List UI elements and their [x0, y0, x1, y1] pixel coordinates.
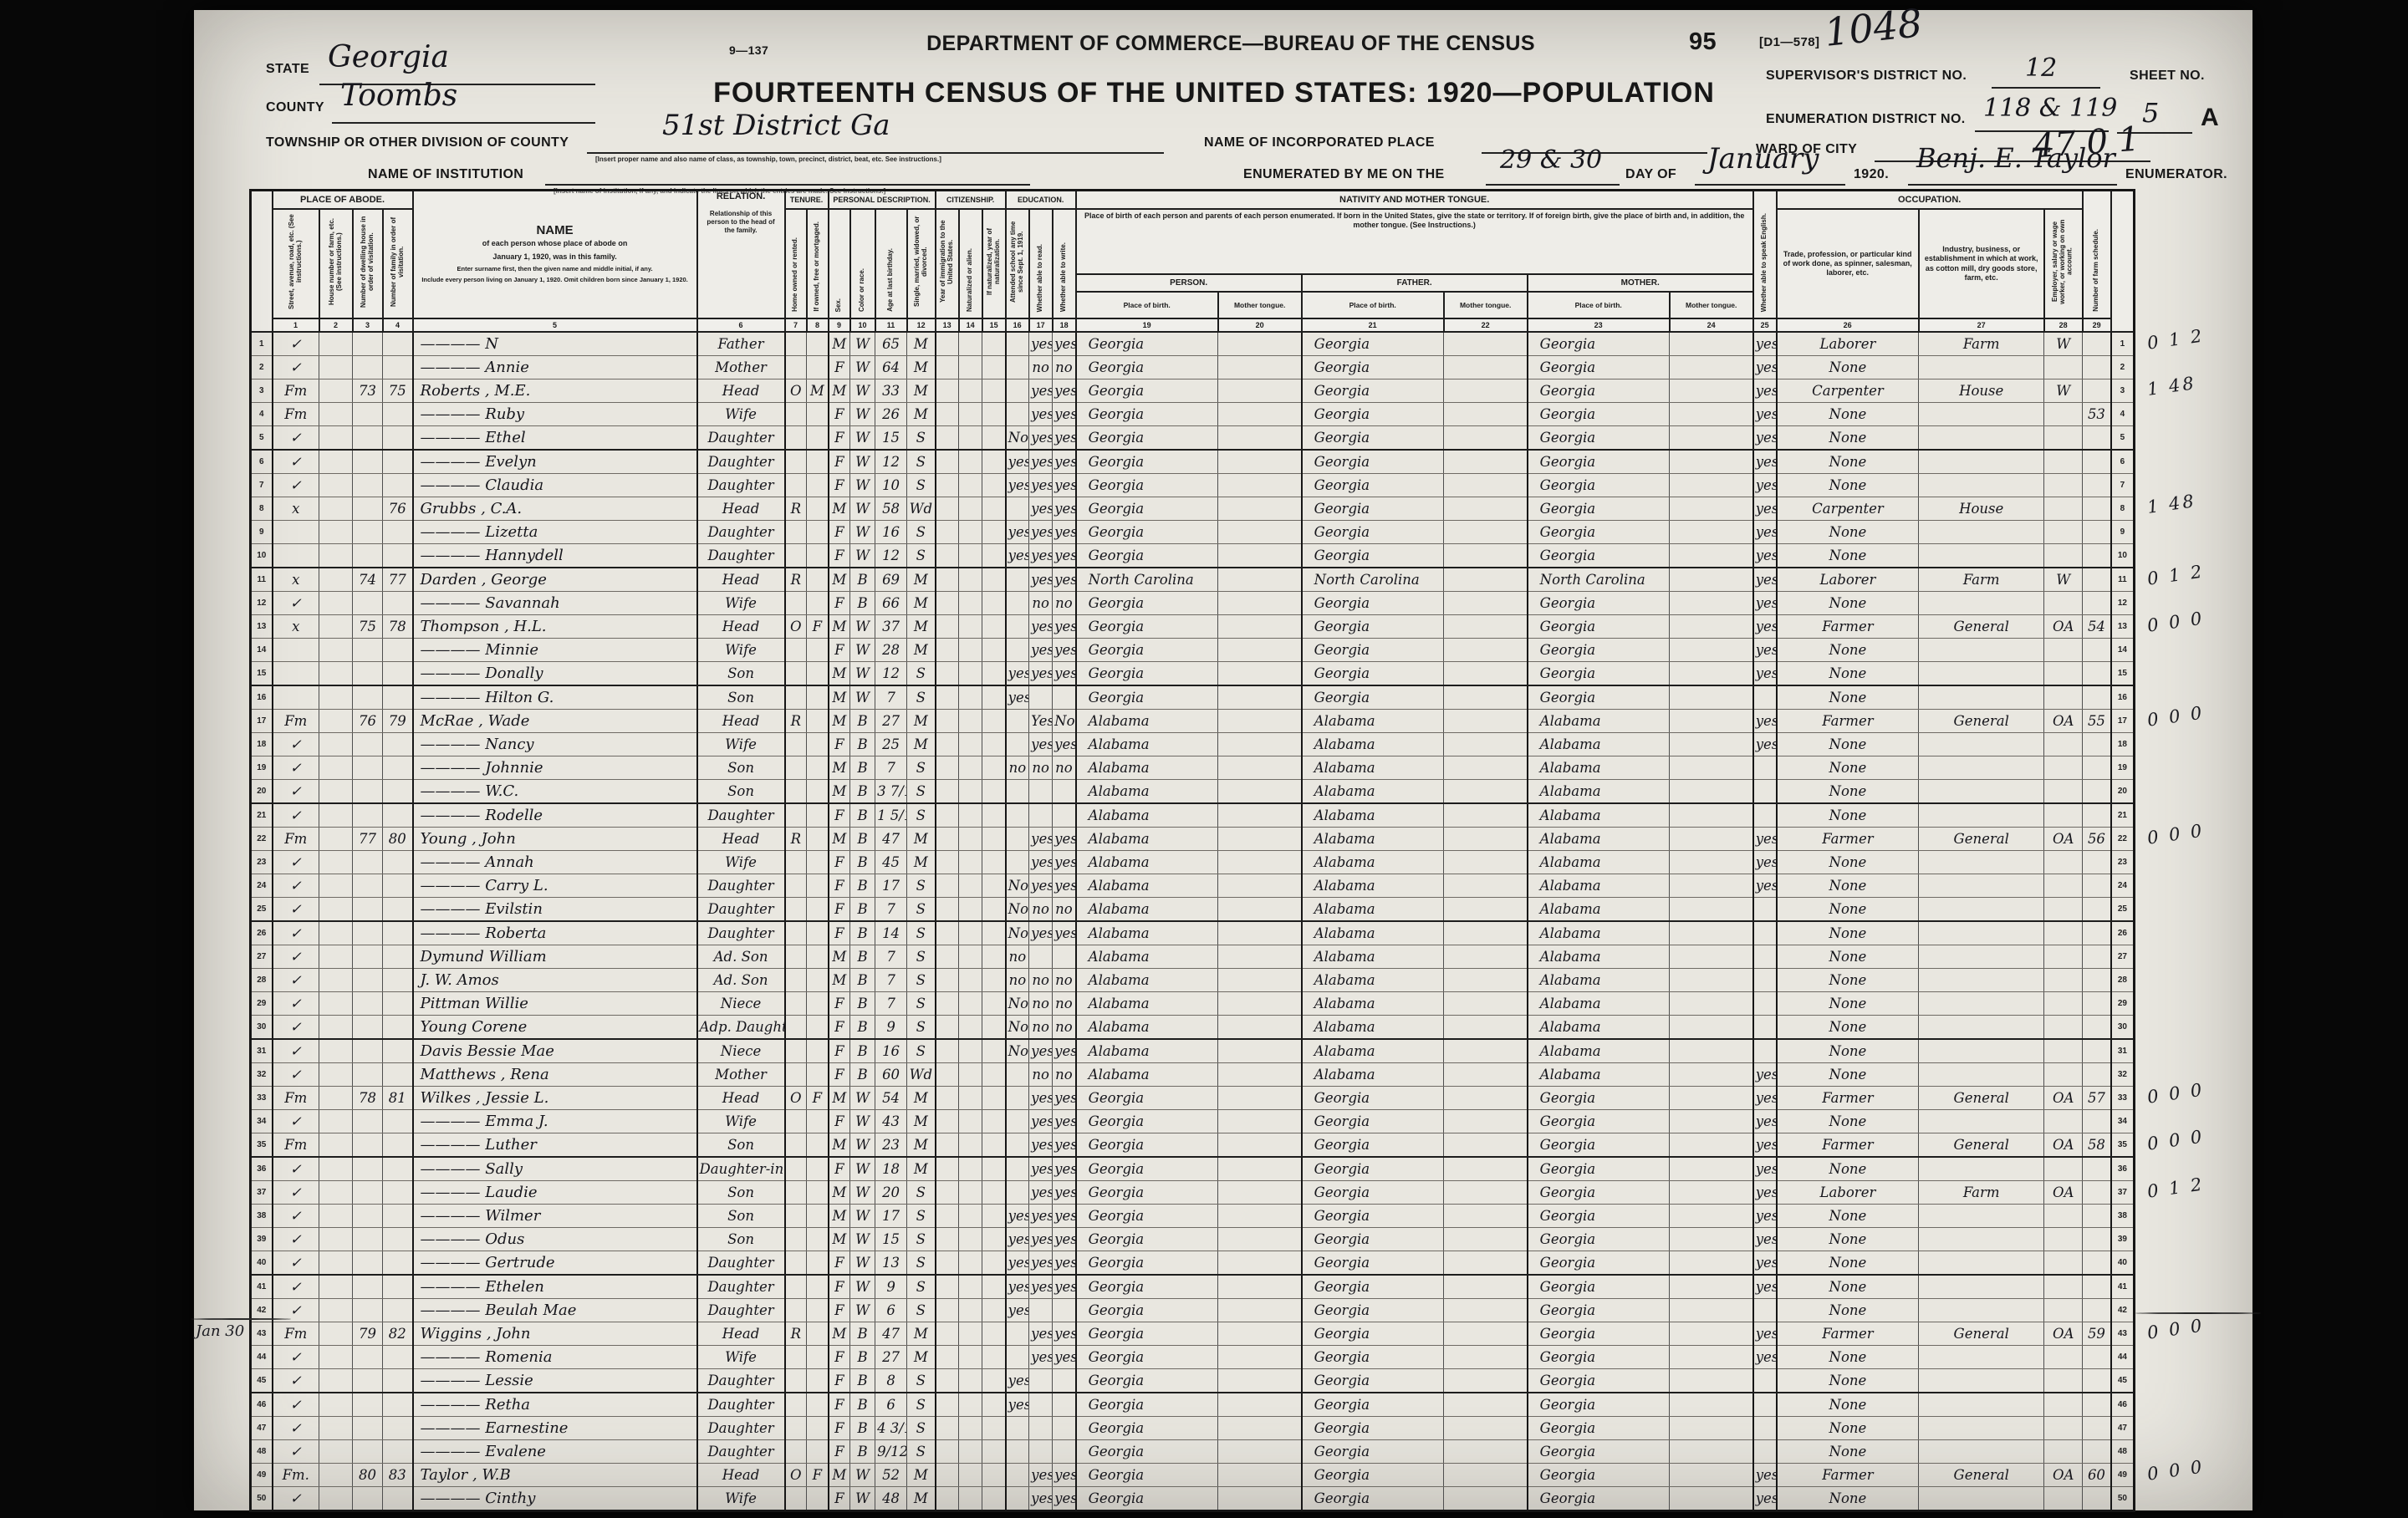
cell-mt	[1218, 379, 1302, 403]
cell-d: 76	[353, 710, 383, 733]
cell-t: O	[785, 1087, 807, 1110]
cell-mt	[1218, 1016, 1302, 1040]
cell-fm	[2083, 685, 2111, 710]
cell-h	[319, 1346, 353, 1369]
cell-fm	[2083, 521, 2111, 544]
cell-st: Fm	[273, 1133, 319, 1158]
cell-h	[319, 426, 353, 451]
cell-ny	[982, 521, 1006, 544]
cell-pb: Alabama	[1076, 945, 1218, 969]
cell-oc: None	[1777, 1275, 1919, 1299]
cell-mm	[1670, 945, 1753, 969]
line-number: 29	[251, 992, 273, 1016]
cell-sc: yes	[1006, 450, 1029, 474]
cell-ny	[982, 1181, 1006, 1205]
cell-ms: M	[907, 1110, 936, 1133]
cell-st: ✓	[273, 356, 319, 379]
cell-ind	[1919, 803, 2044, 828]
cell-na	[959, 1251, 982, 1276]
cell-rel: Son	[697, 1133, 785, 1158]
cell-sx: F	[829, 898, 850, 922]
cell-en	[1753, 803, 1777, 828]
cell-na	[959, 710, 982, 733]
cell-st: ✓	[273, 803, 319, 828]
cell-oc: Carpenter	[1777, 379, 1919, 403]
cell-d	[353, 639, 383, 662]
cell-a: 52	[875, 1464, 907, 1487]
cell-im	[936, 945, 959, 969]
line-number: 43	[2111, 1322, 2135, 1346]
cell-sc: no	[1006, 969, 1029, 992]
cell-sc: yes	[1006, 544, 1029, 568]
cell-sx: M	[829, 662, 850, 686]
cell-ny	[982, 803, 1006, 828]
cell-h	[319, 1322, 353, 1346]
cell-nm: ———— N	[413, 332, 697, 356]
cell-emp	[2044, 639, 2083, 662]
cell-m	[807, 450, 829, 474]
cell-ny	[982, 1133, 1006, 1158]
cell-mm	[1670, 403, 1753, 426]
cell-pm: Alabama	[1528, 1016, 1670, 1040]
cell-nm: ———— Roberta	[413, 921, 697, 945]
cell-st: ✓	[273, 733, 319, 756]
line-number: 31	[2111, 1039, 2135, 1063]
table-row: 15———— DonallySonMW12SyesyesyesGeorgiaGe…	[251, 662, 2135, 686]
line-number: 1	[251, 332, 273, 356]
cell-pf: Georgia	[1302, 1346, 1444, 1369]
cell-c: W	[850, 379, 875, 403]
cell-im	[936, 568, 959, 592]
line-number: 27	[2111, 945, 2135, 969]
township-instruction: [Insert proper name and also name of cla…	[595, 155, 941, 163]
cell-sx: M	[829, 1322, 850, 1346]
county-value[interactable]: Toombs	[340, 79, 457, 113]
cell-ny	[982, 1417, 1006, 1440]
line-number: 14	[2111, 639, 2135, 662]
cell-ms: M	[907, 1487, 936, 1511]
cell-ms: S	[907, 1181, 936, 1205]
cell-h	[319, 662, 353, 686]
cell-na	[959, 639, 982, 662]
cell-t	[785, 1039, 807, 1063]
cell-fm	[2083, 662, 2111, 686]
line-number: 29	[2111, 992, 2135, 1016]
line-number: 33	[2111, 1087, 2135, 1110]
cell-na	[959, 803, 982, 828]
cell-fm: 54	[2083, 615, 2111, 639]
signature-rule	[1908, 184, 2117, 186]
cell-c: B	[850, 1322, 875, 1346]
cell-h	[319, 1487, 353, 1511]
line-number: 18	[2111, 733, 2135, 756]
cell-mm	[1670, 1228, 1753, 1251]
line-number: 45	[251, 1369, 273, 1393]
line-number: 44	[251, 1346, 273, 1369]
cell-mm	[1670, 710, 1753, 733]
line-number: 21	[2111, 803, 2135, 828]
cell-fm	[2083, 1063, 2111, 1087]
cell-wr: no	[1053, 592, 1076, 615]
person-place-of-birth-label: Place of birth.	[1076, 292, 1218, 318]
cell-pf: Georgia	[1302, 332, 1444, 356]
cell-im	[936, 1157, 959, 1181]
cell-wr: yes	[1053, 450, 1076, 474]
cell-d	[353, 450, 383, 474]
cell-nm: Wiggins , John	[413, 1322, 697, 1346]
cell-t	[785, 1133, 807, 1158]
cell-d	[353, 733, 383, 756]
cell-wr: yes	[1053, 474, 1076, 497]
cell-d	[353, 1417, 383, 1440]
cell-en: yes	[1753, 851, 1777, 874]
cell-st: ✓	[273, 1487, 319, 1511]
cell-en: yes	[1753, 1157, 1777, 1181]
cell-wr: yes	[1053, 1464, 1076, 1487]
cell-pm: Georgia	[1528, 1133, 1670, 1158]
cell-m	[807, 851, 829, 874]
cell-ind	[1919, 1205, 2044, 1228]
cell-sc	[1006, 1440, 1029, 1464]
cell-rel: Mother	[697, 1063, 785, 1087]
column-number: 10	[850, 318, 875, 332]
cell-pm: Alabama	[1528, 756, 1670, 780]
cell-en: yes	[1753, 1464, 1777, 1487]
cell-pm: Georgia	[1528, 1393, 1670, 1417]
cell-m	[807, 1133, 829, 1158]
cell-mm	[1670, 1322, 1753, 1346]
line-number: 33	[251, 1087, 273, 1110]
cell-mt	[1218, 1251, 1302, 1276]
cell-c: W	[850, 403, 875, 426]
cell-pb: Georgia	[1076, 1299, 1218, 1322]
cell-ind	[1919, 544, 2044, 568]
cell-nm: ———— Lessie	[413, 1369, 697, 1393]
column-number: 15	[982, 318, 1006, 332]
cell-pf: Alabama	[1302, 780, 1444, 804]
cell-oc: None	[1777, 1417, 1919, 1440]
cell-pb: Georgia	[1076, 1205, 1218, 1228]
census-sheet: 9—137 DEPARTMENT OF COMMERCE—BUREAU OF T…	[194, 10, 2252, 1510]
line-number: 4	[251, 403, 273, 426]
table-row: 45✓———— LessieDaughterFB8SyesGeorgiaGeor…	[251, 1369, 2135, 1393]
cell-a: 6	[875, 1299, 907, 1322]
cell-ny	[982, 1228, 1006, 1251]
cell-mm	[1670, 1133, 1753, 1158]
cell-wr: yes	[1053, 497, 1076, 521]
cell-emp	[2044, 544, 2083, 568]
table-row: 31✓Davis Bessie MaeNieceFB16SNoyesyesAla…	[251, 1039, 2135, 1063]
line-number: 38	[2111, 1205, 2135, 1228]
cell-c: W	[850, 1110, 875, 1133]
cell-en: yes	[1753, 639, 1777, 662]
cell-wr: yes	[1053, 1251, 1076, 1276]
cell-emp	[2044, 426, 2083, 451]
cell-im	[936, 1369, 959, 1393]
cell-mf	[1444, 1205, 1528, 1228]
column-number: 20	[1218, 318, 1302, 332]
cell-m	[807, 780, 829, 804]
cell-sx: M	[829, 1228, 850, 1251]
cell-a: 27	[875, 710, 907, 733]
cell-na	[959, 592, 982, 615]
cell-rel: Niece	[697, 992, 785, 1016]
col-attended-school: Attended school any time since Sept. 1, …	[1006, 209, 1029, 318]
cell-a: 25	[875, 733, 907, 756]
cell-m	[807, 332, 829, 356]
cell-sx: F	[829, 450, 850, 474]
cell-pm: Georgia	[1528, 1181, 1670, 1205]
cell-pm: Georgia	[1528, 1487, 1670, 1511]
cell-pb: Georgia	[1076, 497, 1218, 521]
cell-pb: Alabama	[1076, 992, 1218, 1016]
col-employer-worker: Employer, salary or wage worker, or work…	[2044, 209, 2083, 318]
cell-wr: yes	[1053, 1275, 1076, 1299]
cell-f: 82	[383, 1322, 413, 1346]
cell-ny	[982, 992, 1006, 1016]
cell-c: W	[850, 1205, 875, 1228]
cell-d	[353, 851, 383, 874]
cell-na	[959, 1417, 982, 1440]
cell-pf: Georgia	[1302, 1417, 1444, 1440]
cell-im	[936, 1205, 959, 1228]
cell-mf	[1444, 639, 1528, 662]
relation-desc: Relationship of this person to the head …	[700, 208, 783, 237]
cell-fm	[2083, 1039, 2111, 1063]
cell-t	[785, 1016, 807, 1040]
cell-pb: Georgia	[1076, 1487, 1218, 1511]
line-number: 19	[2111, 756, 2135, 780]
cell-m	[807, 474, 829, 497]
cell-rel: Daughter	[697, 1275, 785, 1299]
cell-pm: Georgia	[1528, 403, 1670, 426]
cell-ind	[1919, 1369, 2044, 1393]
cell-d	[353, 780, 383, 804]
cell-emp: OA	[2044, 1087, 2083, 1110]
cell-st	[273, 685, 319, 710]
cell-t	[785, 756, 807, 780]
cell-mf	[1444, 1346, 1528, 1369]
col-immigration-year: Year of immigration to the United States…	[936, 209, 959, 318]
cell-mt	[1218, 992, 1302, 1016]
cell-h	[319, 898, 353, 922]
cell-h	[319, 756, 353, 780]
cell-mm	[1670, 356, 1753, 379]
margin-note: 0 0 0	[2146, 820, 2206, 848]
cell-pf: Georgia	[1302, 1299, 1444, 1322]
cell-fm	[2083, 1181, 2111, 1205]
table-row: 4Fm———— RubyWifeFW26MyesyesGeorgiaGeorgi…	[251, 403, 2135, 426]
cell-rd: no	[1029, 898, 1053, 922]
cell-ny	[982, 1322, 1006, 1346]
cell-h	[319, 1039, 353, 1063]
column-number: 26	[1777, 318, 1919, 332]
cell-t	[785, 945, 807, 969]
cell-sc: No	[1006, 992, 1029, 1016]
cell-wr: yes	[1053, 921, 1076, 945]
cell-mf	[1444, 969, 1528, 992]
sheet-number-value[interactable]: 5	[2142, 97, 2159, 129]
cell-a: 7	[875, 992, 907, 1016]
cell-oc: Farmer	[1777, 1133, 1919, 1158]
cell-pm: Alabama	[1528, 1039, 1670, 1063]
cell-rel: Son	[697, 780, 785, 804]
cell-oc: None	[1777, 1110, 1919, 1133]
cell-im	[936, 356, 959, 379]
cell-pm: Alabama	[1528, 992, 1670, 1016]
subgroup-mother: MOTHER.	[1528, 274, 1753, 292]
cell-sc	[1006, 710, 1029, 733]
cell-f	[383, 1251, 413, 1276]
line-number: 44	[2111, 1346, 2135, 1369]
line-number: 47	[251, 1417, 273, 1440]
cell-sx: M	[829, 969, 850, 992]
cell-mt	[1218, 780, 1302, 804]
cell-sx: M	[829, 685, 850, 710]
cell-oc: None	[1777, 992, 1919, 1016]
cell-na	[959, 474, 982, 497]
group-occupation: OCCUPATION.	[1777, 191, 2083, 210]
enumerator-signature[interactable]: Benj. E. Taylor	[1916, 142, 2115, 174]
cell-rd: yes	[1029, 426, 1053, 451]
cell-wr	[1053, 1440, 1076, 1464]
cell-d	[353, 1039, 383, 1063]
cell-m	[807, 992, 829, 1016]
cell-pm: Georgia	[1528, 379, 1670, 403]
cell-rel: Wife	[697, 1110, 785, 1133]
cell-en: yes	[1753, 1275, 1777, 1299]
cell-a: 18	[875, 1157, 907, 1181]
cell-pf: Alabama	[1302, 710, 1444, 733]
cell-mt	[1218, 615, 1302, 639]
enumeration-district-value[interactable]: 118 & 119	[1983, 94, 2117, 123]
col-naturalization-year: If naturalized, year of naturalization.	[982, 209, 1006, 318]
cell-oc: None	[1777, 544, 1919, 568]
enumeration-month-value[interactable]: January	[1707, 142, 1819, 176]
cell-im	[936, 1464, 959, 1487]
department-line: DEPARTMENT OF COMMERCE—BUREAU OF THE CEN…	[779, 32, 1682, 56]
line-number: 16	[251, 685, 273, 710]
cell-t	[785, 1063, 807, 1087]
margin-note: 1 48	[2146, 491, 2198, 517]
supervisors-district-value[interactable]: 12	[2025, 53, 2057, 83]
line-number: 26	[2111, 921, 2135, 945]
cell-na	[959, 568, 982, 592]
cell-h	[319, 332, 353, 356]
cell-en: yes	[1753, 1228, 1777, 1251]
cell-mf	[1444, 1440, 1528, 1464]
state-value[interactable]: Georgia	[328, 40, 449, 74]
cell-en: yes	[1753, 874, 1777, 898]
table-row: 6✓———— EvelynDaughterFW12SyesyesyesGeorg…	[251, 450, 2135, 474]
cell-ny	[982, 1346, 1006, 1369]
cell-im	[936, 450, 959, 474]
cell-h	[319, 1417, 353, 1440]
cell-pm: Georgia	[1528, 1322, 1670, 1346]
cell-h	[319, 1464, 353, 1487]
cell-wr: No	[1053, 710, 1076, 733]
cell-im	[936, 1228, 959, 1251]
cell-a: 66	[875, 592, 907, 615]
cell-pb: Georgia	[1076, 1440, 1218, 1464]
cell-ind	[1919, 1039, 2044, 1063]
cell-rd: yes	[1029, 828, 1053, 851]
col-house-number: House number or farm, etc. (See instruct…	[319, 209, 353, 318]
cell-emp	[2044, 403, 2083, 426]
cell-pf: Georgia	[1302, 1369, 1444, 1393]
cell-oc: None	[1777, 1299, 1919, 1322]
cell-na	[959, 615, 982, 639]
cell-h	[319, 1299, 353, 1322]
cell-sc: yes	[1006, 1299, 1029, 1322]
cell-en	[1753, 1369, 1777, 1393]
cell-sc	[1006, 828, 1029, 851]
cell-c: W	[850, 450, 875, 474]
table-row: 30✓Young CoreneAdp. DaughterFB9SNononoAl…	[251, 1016, 2135, 1040]
cell-sc: yes	[1006, 474, 1029, 497]
cell-st: ✓	[273, 592, 319, 615]
cell-ind: Farm	[1919, 1181, 2044, 1205]
cell-f	[383, 945, 413, 969]
cell-f	[383, 1228, 413, 1251]
cell-mt	[1218, 921, 1302, 945]
cell-a: 12	[875, 544, 907, 568]
cell-pb: Alabama	[1076, 803, 1218, 828]
township-value[interactable]: 51st District Ga	[662, 109, 890, 142]
enumeration-day-value[interactable]: 29 & 30	[1500, 145, 1602, 175]
cell-mf	[1444, 1039, 1528, 1063]
cell-ms: S	[907, 1016, 936, 1040]
line-number: 37	[2111, 1181, 2135, 1205]
table-row: 10———— HannydellDaughterFW12SyesyesyesGe…	[251, 544, 2135, 568]
cell-h	[319, 921, 353, 945]
cell-h	[319, 474, 353, 497]
cell-emp	[2044, 874, 2083, 898]
left-line-number-gutter	[251, 191, 273, 333]
cell-mm	[1670, 1063, 1753, 1087]
line-number: 38	[251, 1205, 273, 1228]
cell-fm	[2083, 1110, 2111, 1133]
cell-ny	[982, 945, 1006, 969]
cell-mt	[1218, 1417, 1302, 1440]
name-desc-3: Enter surname first, then the given name…	[416, 263, 695, 274]
cell-sx: F	[829, 1157, 850, 1181]
cell-fm: 58	[2083, 1133, 2111, 1158]
cell-f	[383, 1369, 413, 1393]
township-label: TOWNSHIP OR OTHER DIVISION OF COUNTY	[266, 135, 569, 150]
cell-a: 65	[875, 332, 907, 356]
column-number: 16	[1006, 318, 1029, 332]
cell-fm	[2083, 639, 2111, 662]
cell-ms: M	[907, 615, 936, 639]
cell-mf	[1444, 592, 1528, 615]
cell-wr: no	[1053, 1063, 1076, 1087]
cell-mt	[1218, 945, 1302, 969]
cell-sc: no	[1006, 945, 1029, 969]
group-place-of-abode: PLACE OF ABODE.	[273, 191, 413, 210]
cell-mm	[1670, 1440, 1753, 1464]
line-number: 41	[251, 1275, 273, 1299]
group-relation: RELATION. Relationship of this person to…	[697, 191, 785, 319]
cell-nm: ———— Emma J.	[413, 1110, 697, 1133]
cell-fm	[2083, 1299, 2111, 1322]
cell-f	[383, 662, 413, 686]
cell-c: B	[850, 710, 875, 733]
cell-emp	[2044, 921, 2083, 945]
col-able-to-read: Whether able to read.	[1029, 209, 1053, 318]
cell-im	[936, 1087, 959, 1110]
column-number: 2	[319, 318, 353, 332]
